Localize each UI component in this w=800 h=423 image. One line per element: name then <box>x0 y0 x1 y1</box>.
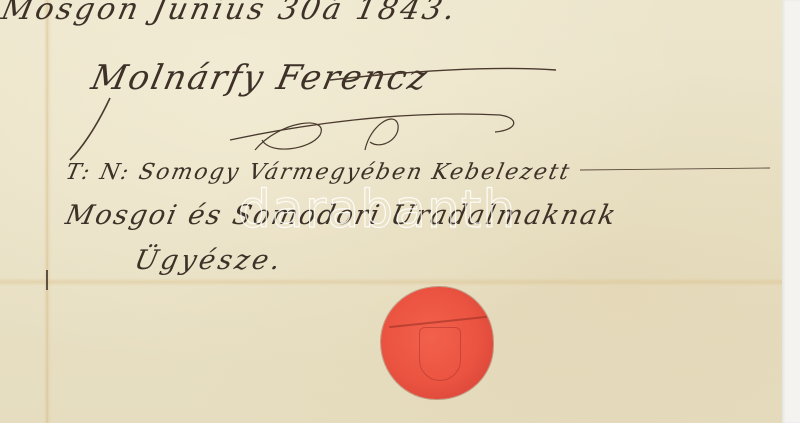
watermark-text: darabanth <box>238 180 516 240</box>
seal-shield-icon <box>419 327 461 381</box>
horizontal-fold-line <box>0 278 782 286</box>
vertical-fold-line <box>44 0 52 423</box>
address-line-3: Ügyésze. <box>132 245 287 276</box>
date-line: Mosgon Junius 30á 1843. <box>0 0 461 27</box>
document-paper: Mosgon Junius 30á 1843. Molnárfy Ferencz… <box>0 0 782 423</box>
background-edge <box>782 0 800 423</box>
wax-seal <box>381 287 493 399</box>
signature-name: Molnárfy Ferencz <box>88 58 433 98</box>
